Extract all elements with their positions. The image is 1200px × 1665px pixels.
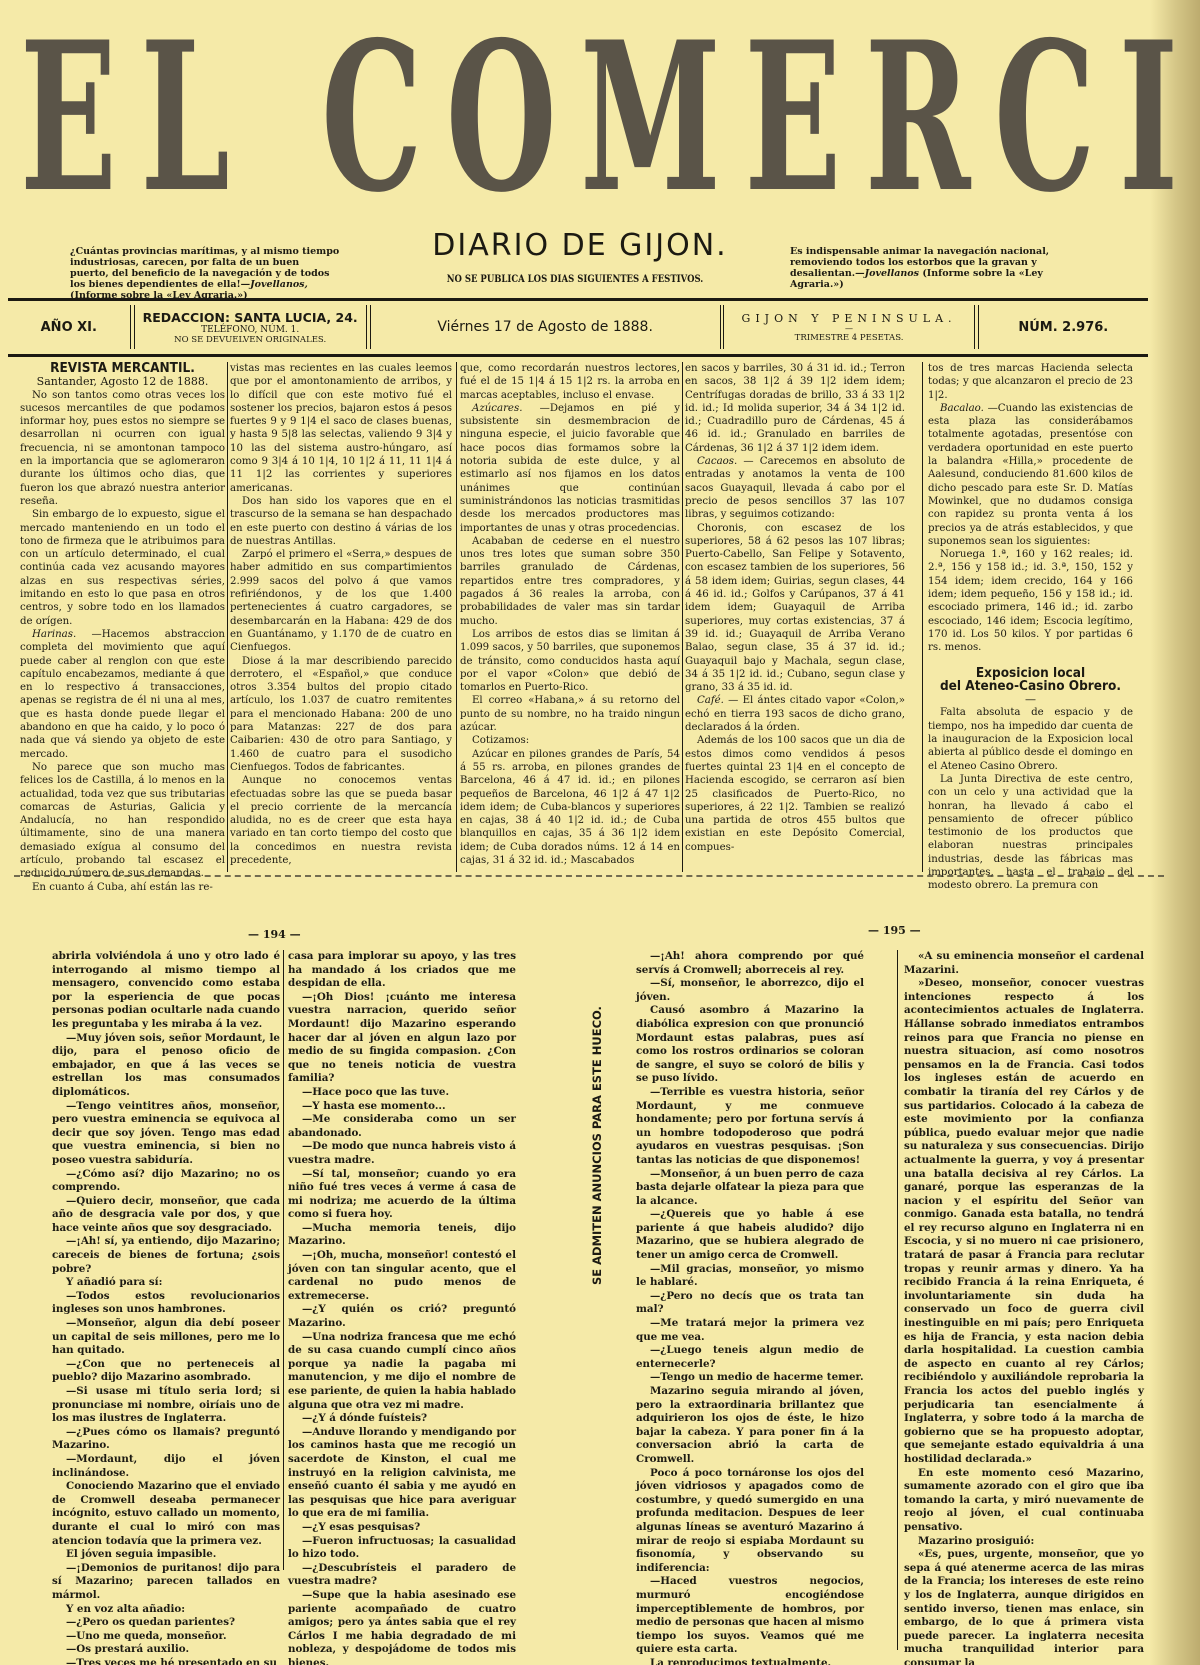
paragraph: Sin embargo de lo expuesto, sigue el mer… [20, 508, 225, 628]
paragraph: «A su eminencia monseñor el cardenal Maz… [904, 950, 1144, 977]
exposicion-heading-2: del Ateneo-Casino Obrero. [938, 680, 1123, 693]
folletin-divider [283, 950, 284, 1570]
info-bar: AÑO XI. REDACCION: SANTA LUCIA, 24. TELÉ… [8, 302, 1148, 352]
paragraph: —Si usase mi título seria lord; si pronu… [52, 1385, 280, 1426]
paragraph: Mazarino prosiguió: [904, 1535, 1144, 1549]
revista-column-4: en sacos y barriles, 30 á 31 id. id.; Te… [685, 362, 905, 854]
masthead-rule-bottom [8, 354, 1148, 357]
paragraph: en sacos y barriles, 30 á 31 id. id.; Te… [685, 362, 905, 455]
paragraph: —Muy jóven sois, señor Mordaunt, le dijo… [52, 1032, 280, 1100]
paragraph: —Tengo un medio de hacerme temer. [636, 1371, 864, 1385]
section-text: —Hacemos abstraccion completa del movimi… [20, 629, 225, 760]
paragraph: En cuanto á Cuba, ahí están las re- [20, 881, 225, 894]
paragraph: —De modo que nunca habreis visto á vuest… [288, 1140, 516, 1167]
paragraph: —¿Y esas pesquisas? [288, 1521, 516, 1535]
paragraph: Y añadió para sí: [52, 1276, 280, 1290]
masthead-subtitle: DIARIO DE GIJON. [380, 228, 780, 263]
advertisement-space-notice: SE ADMITEN ANUNCIOS PARA ESTE HUECO. [590, 985, 604, 1285]
folletin-column-4: «A su eminencia monseñor el cardenal Maz… [904, 950, 1144, 1665]
revista-column-5: tos de tres marcas Hacienda selecta toda… [928, 362, 1133, 893]
paragraph: —Uno me queda, monseñor. [52, 1630, 280, 1644]
paragraph: —Anduve llorando y mendigando por los ca… [288, 1426, 516, 1521]
folletin-column-3: —¡Ah! ahora comprendo por qué servís á C… [636, 950, 864, 1665]
paragraph: —¡Demonios de puritanos! dijo para sí Ma… [52, 1562, 280, 1603]
paragraph: —Quiero decir, monseñor, que cada año de… [52, 1195, 280, 1236]
paragraph: Zarpó el primero el «Serra,» despues de … [230, 548, 452, 654]
paragraph: Azúcar en pilones grandes de París, 54 á… [460, 748, 680, 868]
section-label-azucares: Azúcares. [472, 403, 522, 414]
folletin-column-2: casa para implorar su apoyo, y las tres … [288, 950, 516, 1665]
paragraph: —Me tratará mejor la primera vez que me … [636, 1317, 864, 1344]
subscription-box: GIJON Y PENINSULA. — TRIMESTRE 4 PESETAS… [724, 303, 973, 351]
paragraph: Harinas. —Hacemos abstraccion completa d… [20, 628, 225, 761]
paragraph: tos de tres marcas Hacienda selecta toda… [928, 362, 1133, 402]
paragraph: Mazarino seguia mirando al jóven, pero l… [636, 1385, 864, 1467]
paragraph: —Mil gracias, monseñor, yo mismo le habl… [636, 1263, 864, 1290]
section-label-harinas: Harinas. [32, 629, 76, 640]
revista-column-2: vistas mas recientes en las cuales leemo… [230, 362, 452, 867]
revista-dateline: Santander, Agosto 12 de 1888. [20, 375, 225, 388]
revista-column-3: que, como recordarán nuestros lectores, … [460, 362, 680, 867]
paragraph: —¿Con que no perteneceis al pueblo? dijo… [52, 1358, 280, 1385]
paragraph: —Me consideraba como un ser abandonado. [288, 1113, 516, 1140]
office-phone: TELÉFONO, NÚM. 1. [201, 325, 299, 335]
epigraph-left: ¿Cuántas provincias marítimas, y al mism… [70, 246, 340, 301]
paragraph: —Una nodriza francesa que me echó de su … [288, 1331, 516, 1413]
column-divider [456, 362, 457, 872]
folletin-page-number-right: — 195 — [868, 924, 921, 937]
section-label-bacalao: Bacalao. [940, 403, 984, 414]
subscription-price: TRIMESTRE 4 PESETAS. [795, 333, 904, 343]
paragraph: —¿Quereis que yo hable á ese pariente á … [636, 1208, 864, 1262]
paragraph: —¿Descubrísteis el paradero de vuestra m… [288, 1562, 516, 1589]
paragraph: Choronis, con escasez de los superiores,… [685, 522, 905, 695]
paragraph: Bacalao. —Cuando las existencias de esta… [928, 402, 1133, 548]
folletin-divider [897, 950, 898, 1650]
paragraph: —¡Ah! ahora comprendo por qué servís á C… [636, 950, 864, 977]
revista-heading: REVISTA MERCANTIL. [30, 362, 215, 375]
paragraph: Diose á la mar describiendo parecido der… [230, 655, 452, 775]
paragraph: vistas mas recientes en las cuales leemo… [230, 362, 452, 495]
paragraph: El correo «Habana,» á su retorno del pun… [460, 694, 680, 734]
issue-number: NÚM. 2.976. [979, 303, 1148, 351]
paragraph: —Mucha memoria teneis, dijo Mazarino. [288, 1222, 516, 1249]
section-text: —Cuando las existencias de esta plaza la… [928, 403, 1133, 547]
paragraph: La reproducimos textualmente. [636, 1657, 864, 1665]
folletin-page-number-left: — 194 — [248, 928, 301, 941]
originals-notice: NO SE DEVUELVEN ORIGINALES. [174, 335, 326, 345]
masthead-title: EL COMERCIO [20, 18, 1167, 218]
office-address: REDACCION: SANTA LUCIA, 24. [143, 310, 358, 325]
paragraph: »Deseo, monseñor, conocer vuestras inten… [904, 977, 1144, 1466]
paragraph: —Terrible es vuestra historia, señor Mor… [636, 1086, 864, 1168]
paragraph: —¿Pero os quedan parientes? [52, 1616, 280, 1630]
paragraph: —Mordaunt, dijo el jóven inclinándose. [52, 1453, 280, 1480]
paragraph: En este momento cesó Mazarino, sumamente… [904, 1467, 1144, 1535]
paragraph: —Hace poco que las tuve. [288, 1086, 516, 1100]
exposicion-dash: — [928, 693, 1133, 706]
paragraph: —Sí, monseñor, le aborrezco, dijo el jóv… [636, 977, 864, 1004]
paragraph: que, como recordarán nuestros lectores, … [460, 362, 680, 402]
subscription-region: GIJON Y PENINSULA. [742, 312, 957, 325]
paragraph: Azúcares. —Dejamos en pié y subsistente … [460, 402, 680, 535]
paragraph: No parece que son mucho mas felices los … [20, 761, 225, 881]
newspaper-name: EL COMERCIO [20, 18, 1200, 218]
paragraph: Aunque no conocemos ventas efectuadas so… [230, 774, 452, 867]
paragraph: —¡Oh Dios! ¡cuánto me interesa vuestra n… [288, 991, 516, 1086]
paragraph: —Tres veces me hé presentado en su [52, 1657, 280, 1665]
newspaper-page: EL COMERCIO ¿Cuántas provincias marítima… [0, 0, 1200, 1665]
subscription-dash: — [845, 325, 853, 333]
paragraph: —Os prestará auxilio. [52, 1643, 280, 1657]
paragraph: Poco á poco tornáronse los ojos del jóve… [636, 1467, 864, 1576]
paragraph: —Fueron infructuosas; la casualidad lo h… [288, 1535, 516, 1562]
editorial-office: REDACCION: SANTA LUCIA, 24. TELÉFONO, NÚ… [135, 303, 366, 351]
paragraph: —Monseñor, algun dia debí poseer un capi… [52, 1317, 280, 1358]
epigraph-right-author: —Jovellanos [855, 268, 919, 279]
paragraph: Además de los 100 sacos que un dia de es… [685, 734, 905, 854]
paragraph: —¡Ah! sí, ya entiendo, dijo Mazarino; ca… [52, 1235, 280, 1276]
paragraph: Acababan de cederse en el nuestro unos t… [460, 535, 680, 628]
epigraph-left-author: —Jovellanos, [241, 279, 308, 290]
paragraph: —¿Pero no decís que os trata tan mal? [636, 1290, 864, 1317]
paragraph: —¿Luego teneis algun medio de enternecer… [636, 1344, 864, 1371]
paragraph: Cacaos. — Carecemos en absoluto de entra… [685, 455, 905, 521]
paragraph: El jóven seguia impasible. [52, 1548, 280, 1562]
paragraph: —Supe que la habia asesinado ese parient… [288, 1589, 516, 1665]
paragraph: —Todos estos revolucionarios ingleses so… [52, 1290, 280, 1317]
folletin-separator [14, 875, 1164, 879]
section-text: —Dejamos en pié y subsistente sin desmem… [460, 403, 680, 534]
paragraph: —¡Oh, mucha, monseñor! contestó el jóven… [288, 1249, 516, 1303]
revista-column-1: REVISTA MERCANTIL. Santander, Agosto 12 … [20, 362, 225, 894]
paragraph: —¿Y á dónde fuísteis? [288, 1412, 516, 1426]
paragraph: —Monseñor, á un buen perro de caza basta… [636, 1168, 864, 1209]
paragraph: —¿Cómo así? dijo Mazarino; no os compren… [52, 1168, 280, 1195]
paragraph: Y en voz alta añadio: [52, 1603, 280, 1617]
section-label-cafe: Café. [697, 695, 724, 706]
column-divider [682, 362, 683, 872]
section-label-cacaos: Cacaos. [697, 456, 737, 467]
paragraph: Los arribos de estos dias se limitan á 1… [460, 628, 680, 694]
paragraph: No son tantos como otras veces los suces… [20, 389, 225, 509]
column-divider [227, 362, 228, 872]
paragraph: —Tengo veintitres años, monseñor, pero v… [52, 1100, 280, 1168]
paragraph: —Sí tal, monseñor; cuando yo era niño fu… [288, 1168, 516, 1222]
folletin-column-1: abrirla volviéndola á uno y otro lado é … [52, 950, 280, 1665]
paragraph: Dos han sido los vapores que en el trasc… [230, 495, 452, 548]
paragraph: Café. — El ántes citado vapor «Colon,» e… [685, 694, 905, 734]
paragraph: casa para implorar su apoyo, y las tres … [288, 950, 516, 991]
paragraph: «Es, pues, urgente, monseñor, que yo sep… [904, 1548, 1144, 1665]
year-label: AÑO XI. [8, 303, 130, 351]
paragraph: —¿Y quién os crió? preguntó Mazarino. [288, 1303, 516, 1330]
paragraph: Falta absoluta de espacio y de tiempo, n… [928, 706, 1133, 772]
issue-date: Viérnes 17 de Agosto de 1888. [371, 303, 720, 351]
column-divider [922, 362, 923, 872]
publication-notice: NO SE PUBLICA LOS DIAS SIGUIENTES A FEST… [431, 274, 720, 285]
paragraph: Conociendo Mazarino que el enviado de Cr… [52, 1480, 280, 1548]
paragraph: —Y hasta ese momento... [288, 1100, 516, 1114]
epigraph-right: Es indispensable animar la navegación na… [790, 246, 1050, 290]
paragraph: Noruega 1.ª, 160 y 162 reales; id. 2.ª, … [928, 548, 1133, 654]
paragraph: abrirla volviéndola á uno y otro lado é … [52, 950, 280, 1032]
paragraph: —¿Pues cómo os llamais? preguntó Mazarin… [52, 1426, 280, 1453]
paragraph: Causó asombro á Mazarino la diabólica ex… [636, 1004, 864, 1086]
masthead-rule-top [8, 298, 1148, 301]
paragraph: Cotizamos: [460, 734, 680, 747]
paragraph: —Haced vuestros negocios, murmuró encogi… [636, 1575, 864, 1657]
